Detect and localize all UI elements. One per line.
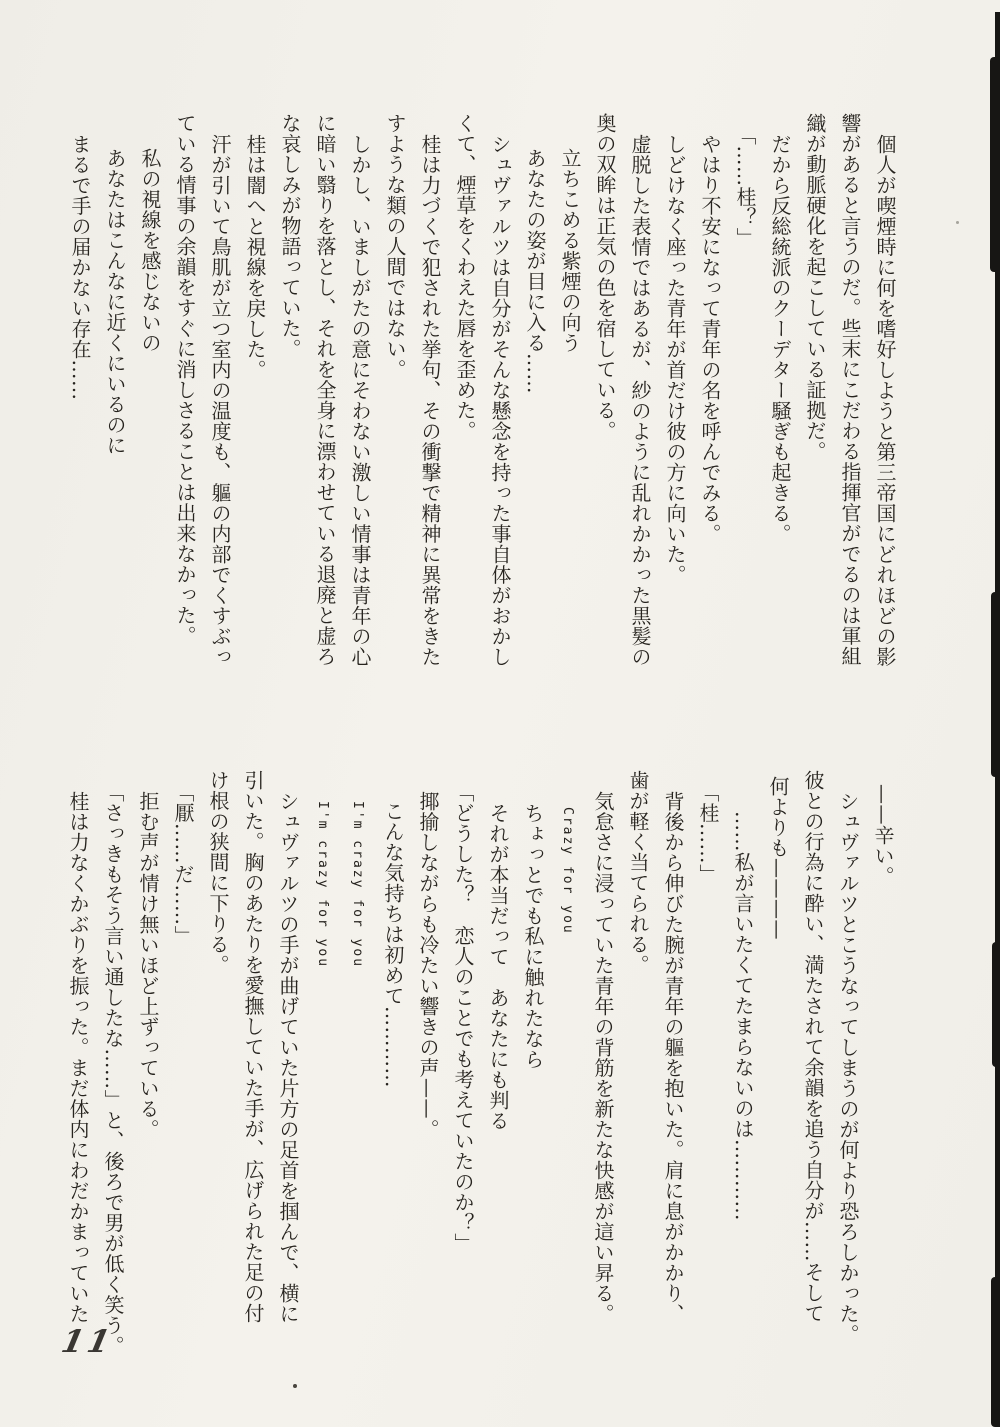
text-column: 桂は力づくで犯された挙句、その衝撃で精神に異常をきた xyxy=(412,113,447,671)
text-column: シュヴァルツとこうなってしまうのが何より恐ろしかった。 xyxy=(830,770,865,1332)
text-column: 桂は力なくかぶりを振った。まだ体内にわだかまっていた xyxy=(60,770,95,1332)
text-column: 響があると言うのだ。些末にこだわる指揮官がでるのは軍組 xyxy=(832,113,867,671)
scan-edge-blob xyxy=(990,57,1000,272)
scan-edge-blob xyxy=(991,592,1000,777)
text-column: 汗が引いて鳥肌が立つ室内の温度も、軀の内部でくすぶっ xyxy=(202,113,237,671)
text-column: だから反総統派のクーデター騒ぎも起きる。 xyxy=(762,113,797,671)
scan-edge-blob xyxy=(992,942,1000,1067)
text-column: 拒む声が情け無いほど上ずっている。 xyxy=(130,770,165,1332)
page-number: 11 xyxy=(58,1324,117,1360)
text-column: 桂は闇へと視線を戻した。 xyxy=(237,113,272,671)
text-column: I'm crazy for you xyxy=(340,770,375,1332)
text-column: な哀しみが物語っていた。 xyxy=(272,113,307,671)
text-column: 歯が軽く当てられる。 xyxy=(620,770,655,1332)
lower-text-block: ——辛い。シュヴァルツとこうなってしまうのが何より恐ろしかった。彼との行為に酔い… xyxy=(60,770,900,1332)
text-column: すような類の人間ではない。 xyxy=(377,113,412,671)
text-column: それが本当だって あなたにも判る xyxy=(480,770,515,1332)
text-column: 立ちこめる紫煙の向う xyxy=(552,113,587,671)
text-column: 揶揄しながらも冷たい響きの声——。 xyxy=(410,770,445,1332)
text-column: 個人が喫煙時に何を嗜好しようと第三帝国にどれほどの影 xyxy=(867,113,902,671)
text-column: 「……桂？」 xyxy=(727,113,762,671)
manga-novel-page: 個人が喫煙時に何を嗜好しようと第三帝国にどれほどの影響があると言うのだ。些末にこ… xyxy=(0,0,1000,1427)
text-column: くて、煙草をくわえた唇を歪めた。 xyxy=(447,113,482,671)
text-column: 気怠さに浸っていた青年の背筋を新たな快感が這い昇る。 xyxy=(585,770,620,1332)
text-column: 虚脱した表情ではあるが、紗のように乱れかかった黒髪の xyxy=(622,113,657,671)
text-column: やはり不安になって青年の名を呼んでみる。 xyxy=(692,113,727,671)
text-column: あなたはこんなに近くにいるのに xyxy=(97,113,132,671)
text-column: シュヴァルツの手が曲げていた片方の足首を掴んで、横に xyxy=(270,770,305,1332)
text-column: 「桂……」 xyxy=(690,770,725,1332)
text-column: あなたの姿が目に入る…… xyxy=(517,113,552,671)
scan-speckle xyxy=(293,1384,297,1388)
text-column: まるで手の届かない存在…… xyxy=(62,113,97,671)
text-column: しどけなく座った青年が首だけ彼の方に向いた。 xyxy=(657,113,692,671)
text-column: 背後から伸びた腕が青年の軀を抱いた。肩に息がかかり、 xyxy=(655,770,690,1332)
upper-text-block: 個人が喫煙時に何を嗜好しようと第三帝国にどれほどの影響があると言うのだ。些末にこ… xyxy=(62,113,902,671)
text-column: ……私が言いたくてたまらないのは………… xyxy=(725,770,760,1332)
text-column: 引いた。胸のあたりを愛撫していた手が、広げられた足の付 xyxy=(235,770,270,1332)
text-column: ている情事の余韻をすぐに消しさることは出来なかった。 xyxy=(167,113,202,671)
scan-edge-blob xyxy=(991,1277,1000,1427)
text-column: に暗い翳りを落とし、それを全身に漂わせている退廃と虚ろ xyxy=(307,113,342,671)
text-column: 何よりも———— xyxy=(760,770,795,1332)
scan-edge-artifact xyxy=(995,12,1000,1427)
text-column: 織が動脈硬化を起こしている証拠だ。 xyxy=(797,113,832,671)
text-column: ちょっとでも私に触れたなら xyxy=(515,770,550,1332)
text-column: 私の視線を感じないの xyxy=(132,113,167,671)
text-column: 彼との行為に酔い、満たされて余韻を追う自分が……そして xyxy=(795,770,830,1332)
text-column: 奥の双眸は正気の色を宿している。 xyxy=(587,113,622,671)
text-column: 「厭……だ……」 xyxy=(165,770,200,1332)
text-column: シュヴァルツは自分がそんな懸念を持った事自体がおかし xyxy=(482,113,517,671)
text-column: 「さっきもそう言い通したな……」と、後ろで男が低く笑う。 xyxy=(95,770,130,1332)
text-column: I'm crazy for you xyxy=(305,770,340,1332)
text-column: 「どうした？ 恋人のことでも考えていたのか？」 xyxy=(445,770,480,1332)
text-column: Crazy for you xyxy=(550,770,585,1332)
text-column: しかし、いましがたの意にそわない激しい情事は青年の心 xyxy=(342,113,377,671)
text-column: ——辛い。 xyxy=(865,770,900,1332)
scan-speckle xyxy=(956,221,959,224)
text-column: け根の狭間に下りる。 xyxy=(200,770,235,1332)
text-column: こんな気持ちは初めて………… xyxy=(375,770,410,1332)
